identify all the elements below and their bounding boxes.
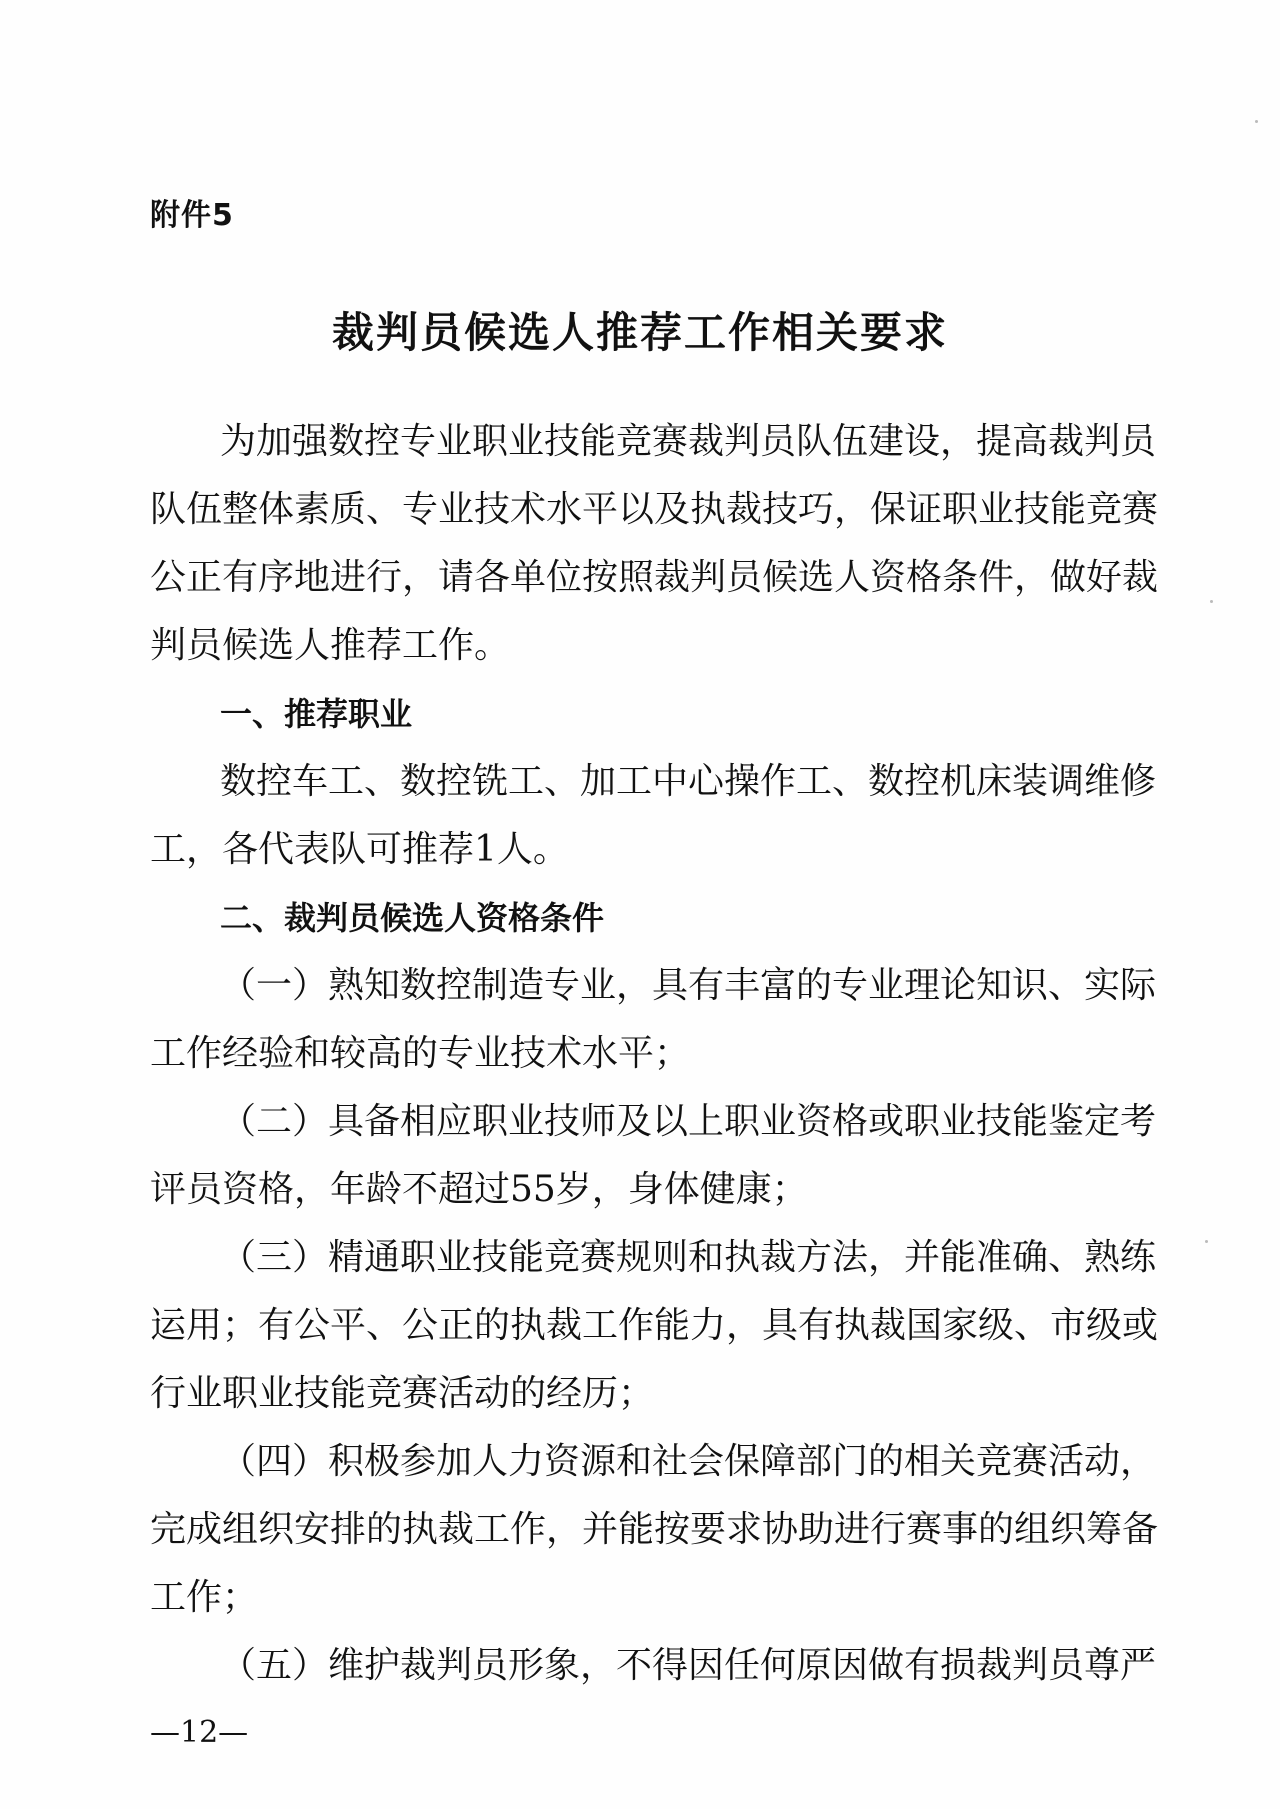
body-line: （三）精通职业技能竞赛规则和执裁方法，并能准确、熟练: [150, 1224, 1090, 1292]
body-line: 完成组织安排的执裁工作，并能按要求协助进行赛事的组织筹备: [150, 1496, 1090, 1564]
body-line: 公正有序地进行，请各单位按照裁判员候选人资格条件，做好裁: [150, 544, 1090, 612]
body-line: 行业职业技能竞赛活动的经历；: [150, 1360, 1090, 1428]
body-line: 数控车工、数控铣工、加工中心操作工、数控机床装调维修: [150, 748, 1090, 816]
scan-speck: [1205, 1240, 1208, 1243]
section-heading-1: 一、推荐职业: [150, 680, 1090, 748]
document-page: 附件5 裁判员候选人推荐工作相关要求 为加强数控专业职业技能竞赛裁判员队伍建设，…: [0, 0, 1280, 1809]
body-line: 运用；有公平、公正的执裁工作能力，具有执裁国家级、市级或: [150, 1292, 1090, 1360]
body-line: （五）维护裁判员形象，不得因任何原因做有损裁判员尊严: [150, 1632, 1090, 1700]
body-line: 工，各代表队可推荐1人。: [150, 816, 1090, 884]
scan-speck: [1210, 600, 1213, 603]
document-body: 为加强数控专业职业技能竞赛裁判员队伍建设，提高裁判员 队伍整体素质、专业技术水平…: [150, 408, 1090, 1700]
attachment-label: 附件5: [150, 190, 234, 234]
document-title: 裁判员候选人推荐工作相关要求: [0, 300, 1280, 360]
body-line: 判员候选人推荐工作。: [150, 612, 1090, 680]
section-heading-2: 二、裁判员候选人资格条件: [150, 884, 1090, 952]
body-line: 工作；: [150, 1564, 1090, 1632]
body-line: 工作经验和较高的专业技术水平；: [150, 1020, 1090, 1088]
body-line: 为加强数控专业职业技能竞赛裁判员队伍建设，提高裁判员: [150, 408, 1090, 476]
body-line: （四）积极参加人力资源和社会保障部门的相关竞赛活动，: [150, 1428, 1090, 1496]
body-line: 评员资格，年龄不超过55岁，身体健康；: [150, 1156, 1090, 1224]
page-number: —12—: [150, 1715, 248, 1750]
scan-speck: [1255, 120, 1258, 123]
body-line: （二）具备相应职业技师及以上职业资格或职业技能鉴定考: [150, 1088, 1090, 1156]
body-line: 队伍整体素质、专业技术水平以及执裁技巧，保证职业技能竞赛: [150, 476, 1090, 544]
body-line: （一）熟知数控制造专业，具有丰富的专业理论知识、实际: [150, 952, 1090, 1020]
